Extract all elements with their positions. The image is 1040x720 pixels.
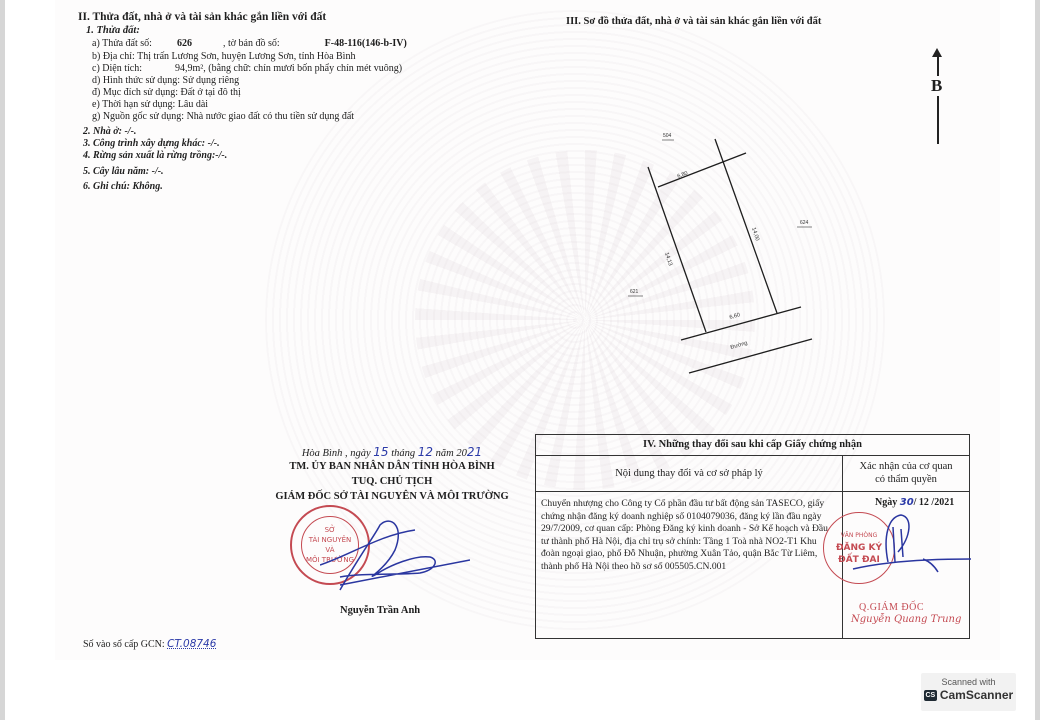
issuer-signature-block: Hòa Bình , ngày 15 tháng 12 năm 2021 TM.… [262,445,522,504]
month-label: tháng [391,448,415,459]
neighbor-parcel-504: 504 [663,133,672,139]
plot-top-edge [658,153,746,187]
issue-date: Hòa Bình , ngày 15 tháng 12 năm 2021 [262,445,522,459]
confirmation-header-line-1: Xác nhận của cơ quan [843,460,969,473]
plot-diagram: 6,80 14,00 14,13 6,60 Đường 504 624 621 [600,125,840,395]
changes-table-header: Nội dung thay đổi và cơ sở pháp lý Xác n… [536,456,969,492]
use-purpose: đ) Mục đích sử dụng: Đất ở tại đô thị [92,87,241,98]
year-label: năm 20 [436,448,467,459]
area-label: c) Diện tích: [92,63,142,74]
issue-place: Hòa Bình , ngày [302,448,371,459]
other-construction-item: 3. Công trình xây dựng khác: -/-. [83,138,220,149]
scan-edge-right [1035,0,1040,720]
left-edge-label: 14,13 [663,252,673,267]
forest-item: 4. Rừng sản xuất là rừng trồng:-/-. [83,150,227,161]
area-value: 94,9m², (bằng chữ: chín mươi bốn phẩy ch… [175,63,402,74]
issue-month: 12 [418,445,433,459]
north-label: B [929,76,944,96]
parcel-row: a) Thửa đất số: 626 , tờ bản đồ số: F-48… [92,38,407,49]
area-row: c) Diện tích: 94,9m², (bằng chữ: chín mư… [92,63,402,74]
confirmation-cell: Ngày 30/ 12 /2021 VĂN PHÒNG ĐĂNG KÝ ĐẤT … [843,492,969,638]
parcel-label: a) Thửa đất số: [92,38,152,49]
section-3-title: III. Sơ đồ thửa đất, nhà ở và tài sản kh… [566,16,821,27]
issue-day: 15 [373,445,388,459]
scanner-badge-caption: Scanned with [921,673,1016,687]
land-heading: 1. Thửa đất: [86,25,140,36]
camscanner-badge: Scanned with CS CamScanner [921,673,1016,711]
section-2-title: II. Thửa đất, nhà ở và tài sản khác gắn … [78,11,326,23]
right-edge-label: 14,00 [750,227,760,242]
issue-year-suffix: 21 [467,445,482,459]
table-row: Chuyển nhượng cho Công ty Cổ phần đầu tư… [536,492,969,638]
perennial-trees-item: 5. Cây lâu năm: -/-. [83,166,164,177]
camscanner-logo-icon: CS [924,690,937,701]
house-item: 2. Nhà ở: -/-. [83,126,136,137]
change-content: Chuyển nhượng cho Công ty Cổ phần đầu tư… [536,492,843,638]
column-header-content: Nội dung thay đổi và cơ sở pháp lý [536,456,843,491]
section-4-title: IV. Những thay đổi sau khi cấp Giấy chứn… [536,435,969,456]
use-term: e) Thời hạn sử dụng: Lâu dài [92,99,208,110]
gcn-number: CT.08746 [167,638,216,650]
plot-left-edge [648,167,706,332]
confirmation-header-line-2: có thẩm quyền [843,473,969,486]
bottom-edge-label: 6,60 [729,312,741,321]
issuer-line-2: TUQ. CHỦ TỊCH [262,474,522,489]
scanner-badge-brand: CamScanner [940,688,1013,702]
map-number: F-48-116(146-b-IV) [325,38,407,49]
changes-table: IV. Những thay đổi sau khi cấp Giấy chứn… [535,434,970,639]
scan-edge-left [0,0,5,720]
use-origin: g) Nguồn gốc sử dụng: Nhà nước giao đất … [92,111,354,122]
confirmation-signer: Nguyễn Quang Trung [851,614,961,625]
plot-right-edge [715,139,777,313]
confirmation-signature [843,507,971,587]
issuer-line-1: TM. ỦY BAN NHÂN DÂN TỈNH HÒA BÌNH [262,459,522,474]
issuer-line-3: GIÁM ĐỐC SỞ TÀI NGUYÊN VÀ MÔI TRƯỜNG [262,489,522,504]
top-edge-label: 6,80 [677,171,689,180]
issuer-signature [320,515,470,595]
road-label: Đường [730,340,748,351]
gcn-registry: Số vào sổ cấp GCN: CT.08746 [83,638,216,650]
issuer-signer-name: Nguyễn Trần Anh [340,605,420,616]
notes-item: 6. Ghi chú: Không. [83,181,163,192]
column-header-confirmation: Xác nhận của cơ quan có thẩm quyền [843,456,969,491]
parcel-number: 626 [177,38,192,49]
north-arrow-icon [937,52,939,144]
road-far-edge [689,339,812,373]
map-label: , tờ bản đồ số: [223,38,280,49]
use-form: d) Hình thức sử dụng: Sử dụng riêng [92,75,239,86]
gcn-label: Số vào sổ cấp GCN: [83,639,165,650]
confirmation-title: Q.GIÁM ĐỐC [859,602,924,613]
neighbor-parcel-621: 621 [630,289,639,295]
neighbor-parcel-624: 624 [800,220,809,226]
address: b) Địa chỉ: Thị trấn Lương Sơn, huyện Lư… [92,51,355,62]
